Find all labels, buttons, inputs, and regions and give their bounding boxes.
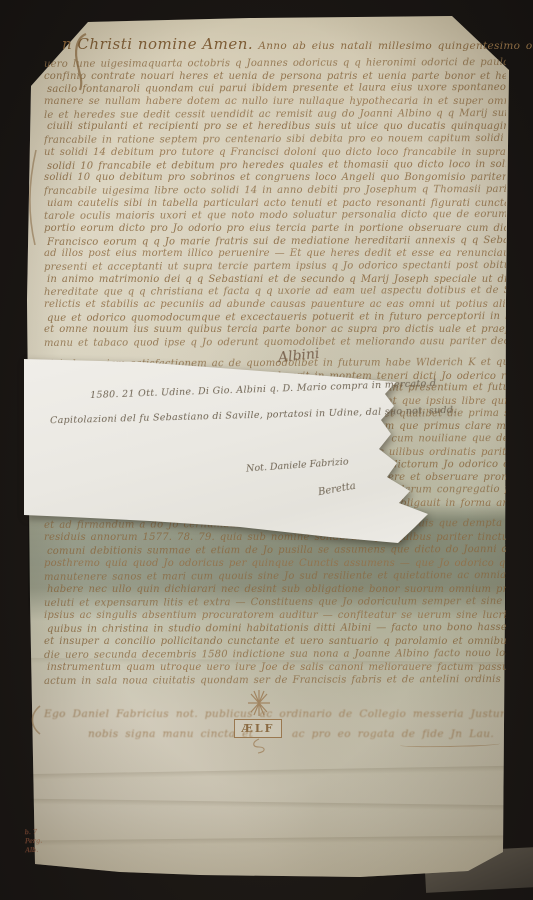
manuscript-line: hereditate que q q christiana et facta q… <box>44 285 506 300</box>
manuscript-line: ipsius ac singulis absentium procuratore… <box>44 609 506 622</box>
manuscript-line: die uero secunda decembris 1580 indictio… <box>44 647 506 662</box>
subscription-line-2-right: ac pro eo rogata de fide Jn Lau. <box>292 728 494 740</box>
manuscript-line: ad illos post eius mortem illico perueni… <box>44 248 506 261</box>
manuscript-line: manutenere sanos et mari cum quouis sine… <box>44 569 506 584</box>
manuscript-line: presenti et acceptanti ut supra tercie p… <box>44 260 506 275</box>
manuscript-line: francabile in ratione septem pro centena… <box>44 133 506 148</box>
manuscript-line: tarole oculis maioris uxori et que noto … <box>44 209 506 224</box>
manuscript-line: ut solidi 14 debitum pro tutore q Franci… <box>44 147 506 160</box>
manuscript-scan: n Christi nomine Amen. Anno ab eius nata… <box>0 0 533 900</box>
manuscript-line: portio eorum dicto pro Jo odorio pro eiu… <box>44 223 506 236</box>
manuscript-line: relictis et stabilis ac pecuniis ad abun… <box>44 299 506 312</box>
manuscript-line: posthremo quia quod Jo odoricus per quin… <box>44 557 506 570</box>
manuscript-line: ueluti et expensarum litis et extra — Co… <box>44 595 506 610</box>
archival-paper-slip: 1580. 21 Ott. Udine. Di Gio. Albini q. D… <box>20 352 432 552</box>
manuscript-line: et omne nouum ius suum quibus tercia par… <box>44 324 506 337</box>
manuscript-line: manu et tabaco quod ipse q Jo oderunt qu… <box>44 336 506 351</box>
stamp-line: Alb. <box>25 846 43 856</box>
invocation-start: n Christi nomine Amen. <box>62 35 253 53</box>
subscription-line-2-left: nobis signa manu cincta et <box>88 728 253 740</box>
manuscript-line: solidi 10 quo debitum pro sobrinos et co… <box>44 172 506 185</box>
manuscript-line: et insuper a concilio pollicitando cunct… <box>44 635 506 648</box>
invocation-heading: n Christi nomine Amen. Anno ab eius nata… <box>62 34 533 53</box>
manuscript-line: francabile uigesima libre octo solidi 14… <box>44 184 506 199</box>
archive-shelfmark-stamp: b. 7Perg.Alb. <box>25 828 43 856</box>
manuscript-line: sacilo fontanaroli quondam cui parui ibi… <box>47 82 506 97</box>
manuscript-line: uero lune uigesimaquarta octobris q Joan… <box>44 57 506 72</box>
manuscript-line: manere se nullam habere dotem ac nullo i… <box>44 96 506 109</box>
manuscript-line: instrumentum quam utroque uero iure Joe … <box>47 661 506 674</box>
manuscript-line: Francisco eorum q q Jo marie fratris sui… <box>47 235 506 250</box>
body-text-block-1: uero lune uigesimaquarta octobris q Joan… <box>44 58 506 350</box>
manuscript-line: quibus in christina in studio domini hab… <box>47 621 506 636</box>
manuscript-line: le et heredes sue dedit cessit uendidit … <box>44 108 506 123</box>
signum-tail-flourish <box>244 738 274 754</box>
invocation-rest: Anno ab eius natali millesimo quingentes… <box>258 40 533 52</box>
manuscript-line: habere nec ullo quin dichiarari nec desi… <box>47 583 506 596</box>
manuscript-line: que et odorico quomodocumque et excectau… <box>47 311 506 326</box>
subscription-line-1: Ego Daniel Fabricius not. publicus ac or… <box>44 708 504 720</box>
manuscript-line: actum in sala noua ciuitatis quondam ser… <box>44 673 506 688</box>
manuscript-line: ciuili stipulanti et recipienti pro se e… <box>47 121 506 134</box>
manuscript-line: solidi 10 francabile et debitum pro here… <box>47 158 506 173</box>
